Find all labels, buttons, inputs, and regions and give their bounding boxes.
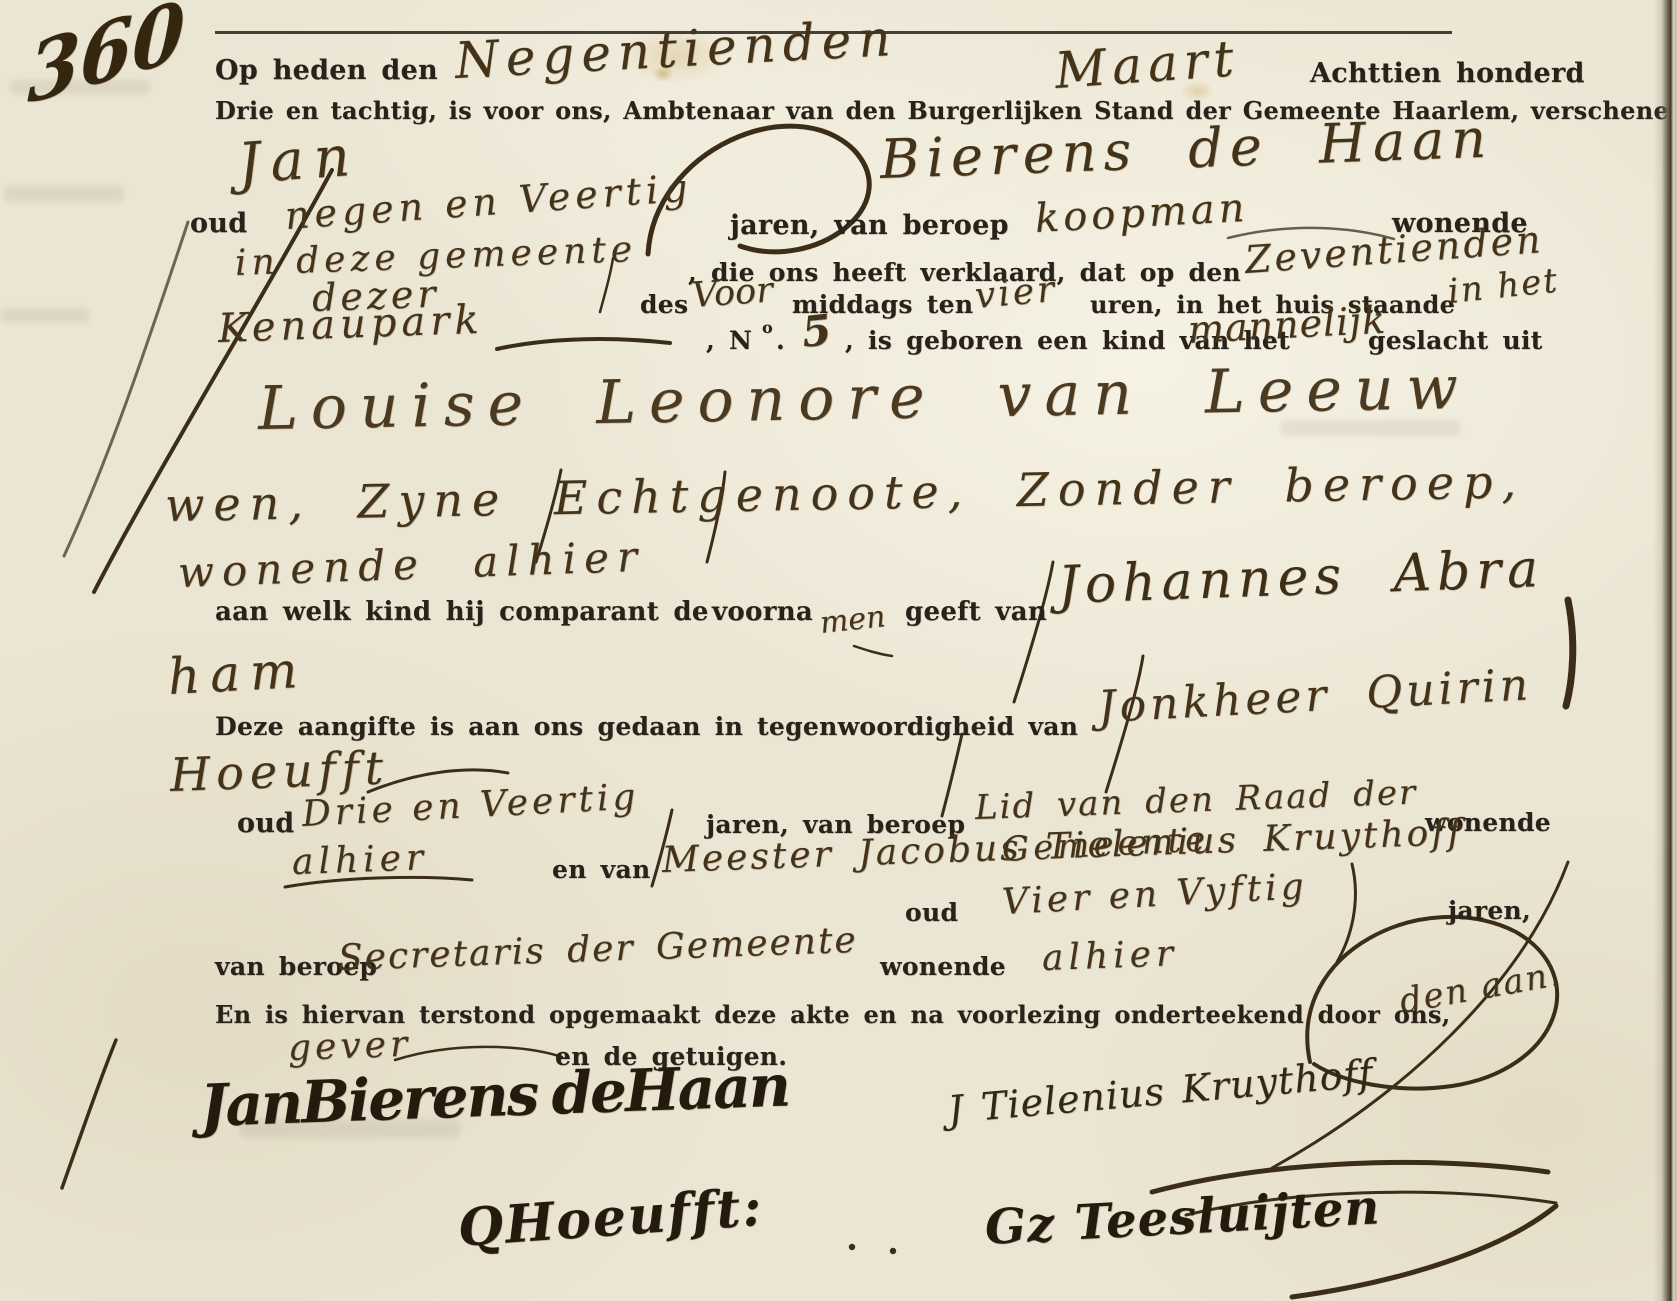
birth-certificate-page: 360 Op heden den Negentienden Maart Acht… bbox=[0, 0, 1677, 1301]
printed-no-pre: , N bbox=[706, 326, 752, 355]
entry-voor: Voor bbox=[691, 270, 775, 316]
printed-jaren-3: jaren, bbox=[1448, 896, 1531, 925]
printed-geslacht-uit: geslacht uit bbox=[1368, 326, 1543, 355]
bleedthrough-smudge bbox=[0, 308, 90, 322]
child-name-line2: ham bbox=[166, 641, 308, 706]
printed-deze-aangifte: Deze aangifte is aan ons gedaan in tegen… bbox=[215, 712, 1078, 741]
printed-oud-3: oud bbox=[905, 898, 958, 927]
bleedthrough-smudge bbox=[4, 186, 124, 202]
declarant-first-name: Jan bbox=[236, 124, 362, 197]
entry-gever: gever bbox=[287, 1024, 412, 1069]
printed-geeft-van: geeft van bbox=[905, 597, 1047, 627]
printed-op-heden-den: Op heden den bbox=[215, 55, 438, 86]
printed-voorna: voorna bbox=[712, 597, 813, 627]
printed-aan-welk: aan welk kind hij comparant de bbox=[215, 597, 709, 627]
witness1-residence: alhier bbox=[291, 837, 429, 883]
entry-men-insert: men bbox=[818, 599, 887, 641]
printed-achttien-honderd: Achttien honderd bbox=[1310, 58, 1585, 89]
printed-no-post: . bbox=[776, 326, 785, 355]
printed-oud-2: oud bbox=[237, 808, 294, 839]
entry-birth-hour: vier bbox=[973, 269, 1059, 317]
printed-des: des bbox=[640, 290, 688, 319]
printed-no-sup: o bbox=[762, 318, 773, 337]
entry-street: Kenaupark bbox=[217, 297, 484, 352]
printed-jaren-beroep-1: jaren, van beroep bbox=[730, 210, 1009, 241]
printed-oud-1: oud bbox=[190, 208, 247, 239]
printed-wonende-3: wonende bbox=[880, 952, 1006, 981]
page-edge bbox=[1653, 0, 1677, 1301]
entry-house-number: 5 bbox=[799, 305, 833, 357]
witness2-residence: alhier bbox=[1041, 933, 1179, 979]
printed-en-van: en van bbox=[552, 855, 651, 884]
